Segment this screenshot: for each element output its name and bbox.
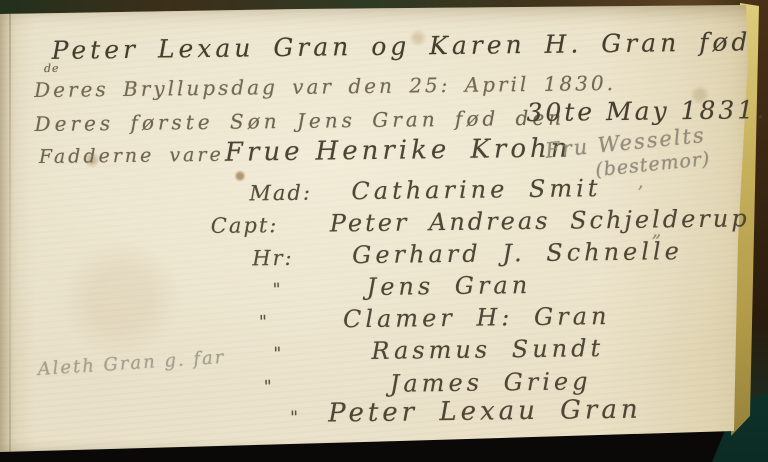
ditto-mark: "	[273, 280, 281, 300]
pencil-note-left: Aleth Gran g. far	[37, 347, 226, 380]
godparent-title: Hr:	[252, 246, 294, 271]
handwritten-text-block: Peter Lexau Gran og Karen H. Gran fød Su…	[0, 0, 768, 462]
ditto-mark: "	[290, 408, 298, 428]
godparent-name: Gerhard J. Schnelle	[352, 237, 683, 269]
godparent-name: Peter Lexau Gran	[328, 395, 642, 429]
godparent-name: Rasmus Sundt	[371, 334, 604, 365]
ditto-mark: "	[264, 377, 272, 397]
stray-pencil-mark: ’	[637, 183, 643, 204]
godparent-name: Henrike Krohn	[315, 134, 571, 167]
godparent-title: Mad:	[249, 181, 312, 206]
godparent-row-0: FrueHenrike Krohn	[225, 134, 572, 168]
godparent-name: Jens Gran	[366, 271, 531, 301]
birth-line-part1: Deres første Søn Jens Gran fød den	[34, 106, 565, 136]
stray-pencil-mark: „	[652, 220, 662, 241]
title-line: Peter Lexau Gran og Karen H. Gran fød Su…	[52, 26, 768, 65]
photographed-manuscript-page: Peter Lexau Gran og Karen H. Gran fød Su…	[0, 0, 768, 462]
superscript-correction: de	[44, 62, 60, 75]
ditto-mark: "	[273, 344, 281, 364]
godparent-title: Frue	[225, 137, 304, 168]
godparents-intro: Fadderne vare	[39, 144, 224, 168]
godparent-name: Catharine Smit	[351, 174, 601, 205]
ditto-mark: "	[259, 312, 267, 332]
godparent-name: Clamer H: Gran	[343, 302, 611, 333]
godparent-name: James Grieg	[390, 367, 592, 397]
godparent-name: Peter Andreas Schjelderup	[330, 204, 750, 237]
birth-line-date: 30te May 1831.	[526, 95, 767, 127]
godparent-title: Capt:	[211, 213, 279, 238]
